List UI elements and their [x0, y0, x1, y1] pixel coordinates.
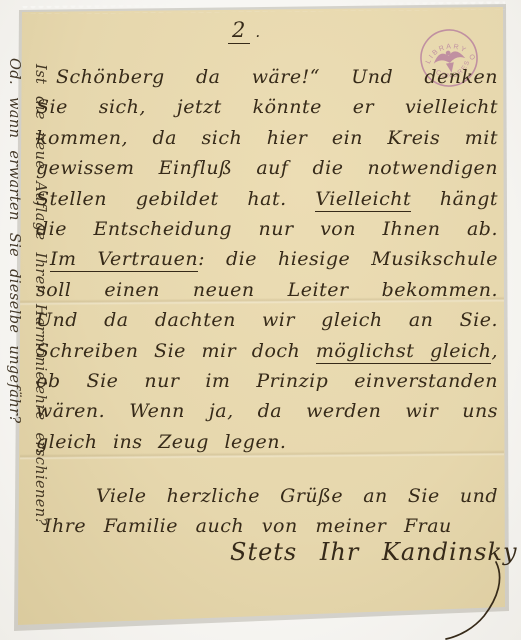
letter-line: wären. Wenn ja, da werden wir uns	[36, 396, 498, 426]
letter-line: Viele herzliche Grüße an Sie und	[36, 481, 498, 511]
line-segment: Viele herzliche Grüße an Sie und	[96, 485, 498, 507]
margin-note-outer: Od. wann erwarten Sie dieselbe ungefähr?	[2, 58, 22, 606]
page-number: 2.	[228, 18, 261, 42]
letter-line: Im Vertrauen: die hiesige Musikschule	[36, 244, 498, 274]
letter-line: soll einen neuen Leiter bekommen.	[36, 275, 498, 305]
line-segment: Schreiben Sie mir doch	[36, 340, 316, 362]
letter-body: Schönberg da wäre!“ Und denkenSie sich, …	[36, 62, 498, 542]
letter-line: die Entscheidung nur von Ihnen ab.	[36, 214, 498, 244]
line-segment: gleich ins Zeug legen.	[36, 431, 286, 453]
page-number-value: 2	[228, 18, 250, 44]
line-segment: hängt	[411, 188, 498, 210]
line-segment: ,	[491, 340, 498, 362]
line-segment: Stellen gebildet hat.	[36, 188, 315, 210]
line-segment: Ihre Familie auch von meiner Frau	[44, 515, 452, 537]
underlined-phrase: Vielleicht	[315, 188, 411, 212]
line-segment: soll einen neuen Leiter bekommen.	[36, 279, 498, 301]
letter-line: Schreiben Sie mir doch möglichst gleich,	[36, 336, 498, 366]
signature-flourish	[400, 560, 510, 640]
letter-line: ob Sie nur im Prinzip einverstanden	[36, 366, 498, 396]
letter-line: kommen, da sich hier ein Kreis mit	[36, 123, 498, 153]
line-segment: Schönberg da wäre!“ Und denken	[56, 66, 498, 88]
line-segment: wären. Wenn ja, da werden wir uns	[36, 400, 498, 422]
page-number-dot: .	[255, 23, 261, 41]
line-segment: Sie sich, jetzt könnte er vielleicht	[36, 96, 498, 118]
letter-photo: 2. LIBRARY OF CONGRESS Od. wann erwarten…	[0, 0, 521, 640]
letter-line: Sie sich, jetzt könnte er vielleicht	[36, 92, 498, 122]
line-segment: Und da dachten wir gleich an Sie.	[36, 309, 498, 331]
letter-line: Und da dachten wir gleich an Sie.	[36, 305, 498, 335]
line-segment: ob Sie nur im Prinzip einverstanden	[36, 370, 498, 392]
line-segment: : die hiesige Musikschule	[198, 248, 498, 270]
line-segment: die Entscheidung nur von Ihnen ab.	[36, 218, 498, 240]
underlined-phrase: Im Vertrauen	[50, 248, 198, 272]
line-segment: kommen, da sich hier ein Kreis mit	[36, 127, 498, 149]
line-segment: gewissem Einfluß auf die notwendigen	[36, 157, 498, 179]
letter-line: gewissem Einfluß auf die notwendigen	[36, 153, 498, 183]
letter-line: gleich ins Zeug legen.	[36, 427, 304, 457]
letter-line: Schönberg da wäre!“ Und denken	[36, 62, 498, 92]
letter-line: Stellen gebildet hat. Vielleicht hängt	[36, 184, 498, 214]
underlined-phrase: möglichst gleich	[316, 340, 492, 364]
